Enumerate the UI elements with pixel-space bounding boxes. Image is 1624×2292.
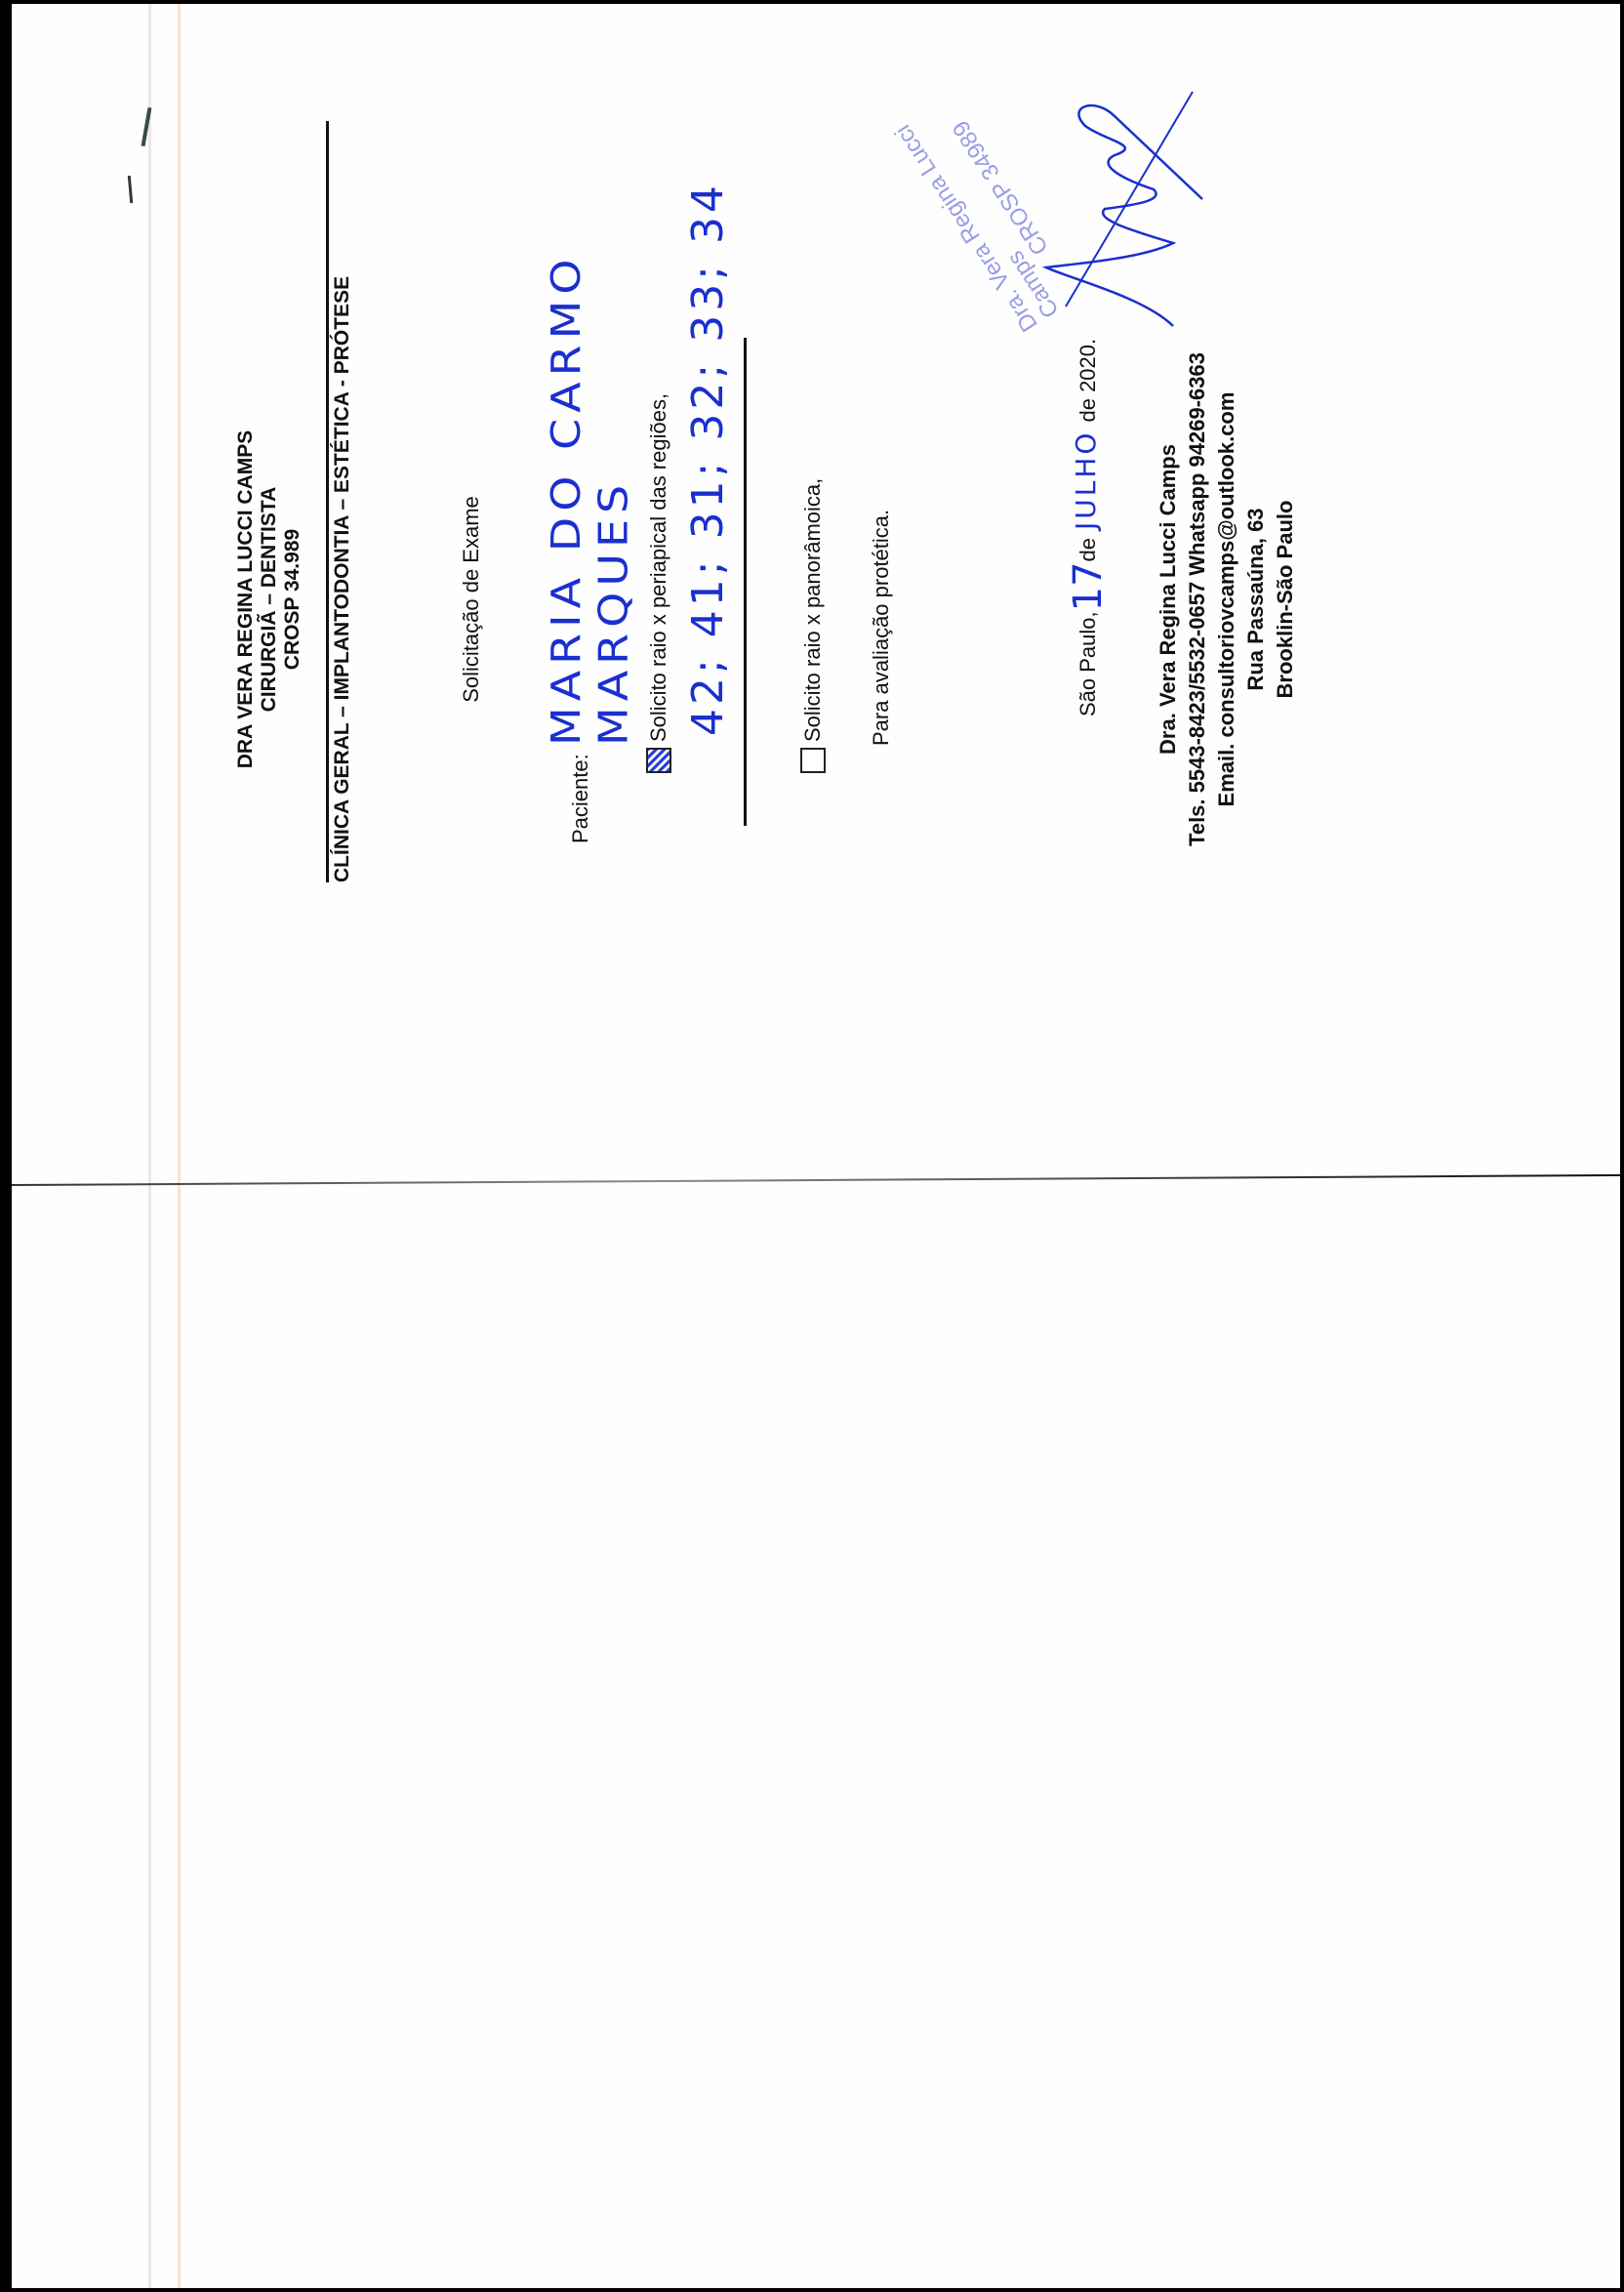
month-handwritten: JULHO [1070, 430, 1102, 530]
scanned-page: DRA VERA REGINA LUCCI CAMPS CIRURGIÃ – D… [12, 4, 1620, 2288]
panoramic-option-label: Solicito raio x panorâmoica, [800, 478, 826, 742]
patient-label: Paciente: [568, 754, 593, 843]
footer-address: Rua Passaúna, 63 [1241, 62, 1271, 1136]
specialties-line: CLÍNICA GERAL – IMPLANTODONTIA – ESTÉTIC… [326, 121, 358, 882]
de-text: de [1076, 538, 1100, 561]
footer-district: Brooklin-São Paulo [1271, 62, 1300, 1136]
city: São Paulo, [1076, 611, 1100, 716]
dentist-profession: CIRURGIÃ – DENTISTA [258, 62, 281, 1136]
footer-email: Email. consultoriovcamps@outlook.com [1212, 62, 1241, 1136]
periapical-checkbox [646, 748, 671, 773]
dentist-registration: CROSP 34.989 [281, 62, 304, 1136]
paper-edge [12, 1174, 1620, 1186]
patient-name-handwritten: MARIA DO CARMO MARQUES [542, 62, 636, 746]
footer-phones: Tels. 5543-8423/5532-0657 Whatsapp 94269… [1183, 62, 1212, 1136]
fold-line [148, 4, 151, 2288]
dentist-name: DRA VERA REGINA LUCCI CAMPS [234, 62, 258, 1136]
purpose-text: Para avaliação protética. [869, 510, 894, 746]
day-handwritten: 17 [1066, 561, 1111, 611]
exam-request-letter: DRA VERA REGINA LUCCI CAMPS CIRURGIÃ – D… [226, 62, 1446, 1136]
year-text: de 2020. [1076, 339, 1100, 423]
city-date-line: São Paulo,17deJULHOde 2020. [1066, 339, 1111, 716]
periapical-option-label: Solicito raio x periapical das regiões, [646, 393, 671, 742]
panoramic-checkbox [800, 748, 826, 773]
staple-mark [128, 176, 133, 203]
tooth-regions-handwritten: 42; 41; 31; 32; 33; 34 [683, 182, 733, 736]
fold-line [178, 4, 181, 2288]
document-title: Solicitação de Exame [459, 62, 484, 1136]
regions-underline [744, 338, 747, 826]
footer-name: Dra. Vera Regina Lucci Camps [1154, 62, 1183, 1136]
